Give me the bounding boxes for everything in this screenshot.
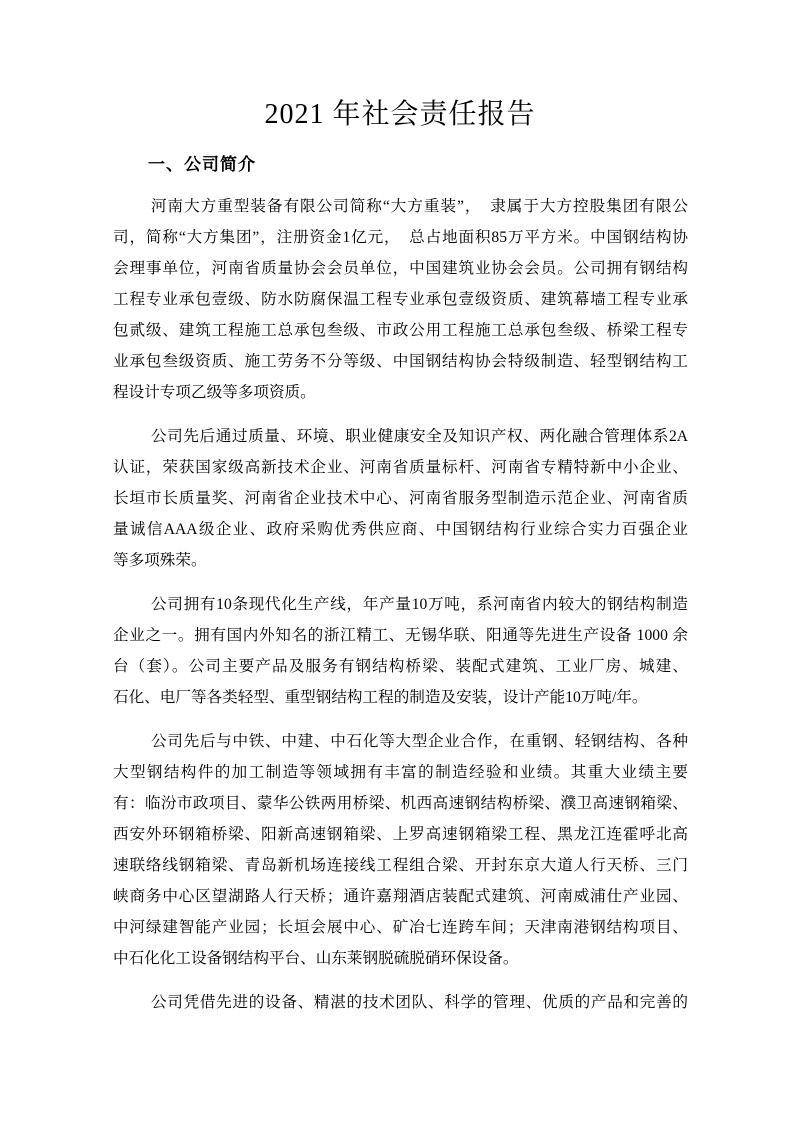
text-line: 有：临汾市政项目、蒙华公铁两用桥梁、机西高速钢结构桥梁、濮卫高速钢箱梁、 (113, 788, 688, 819)
text-line: 公司先后与中铁、中建、中石化等大型企业合作，在重钢、轻钢结构、各种 (113, 726, 688, 757)
text-line: 业承包叁级资质、施工劳务不分等级、中国钢结构协会特级制造、轻型钢结构工 (113, 346, 688, 377)
document-title: 2021 年社会责任报告 (0, 95, 800, 135)
section-heading: 一、公司简介 (148, 152, 256, 178)
text-line: 公司凭借先进的设备、精湛的技术团队、科学的管理、优质的产品和完善的 (113, 987, 688, 1018)
text-line: 中河绿建智能产业园；长垣会展中心、矿冶七连跨车间；天津南港钢结构项目、 (113, 912, 688, 943)
text-line: 河南大方重型装备有限公司简称“大方重装”， 隶属于大方控股集团有限公 (113, 191, 688, 222)
paragraph-production: 公司拥有10条现代化生产线，年产量10万吨，系河南省内较大的钢结构制造 企业之一… (113, 589, 688, 713)
text-line: 包贰级、建筑工程施工总承包叁级、市政公用工程施工总承包叁级、桥梁工程专 (113, 315, 688, 346)
text-line: 认证，荣获国家级高新技术企业、河南省质量标杆、河南省专精特新中小企业、 (113, 452, 688, 483)
text-line: 大型钢结构件的加工制造等领域拥有丰富的制造经验和业绩。其重大业绩主要 (113, 757, 688, 788)
text-line: 中石化化工设备钢结构平台、山东莱钢脱硫脱硝环保设备。 (113, 943, 688, 974)
text-line: 会理事单位，河南省质量协会会员单位，中国建筑业协会会员。公司拥有钢结构 (113, 253, 688, 284)
text-line: 台（套）。公司主要产品及服务有钢结构桥梁、装配式建筑、工业厂房、城建、 (113, 651, 688, 682)
document-page: 2021 年社会责任报告 一、公司简介 河南大方重型装备有限公司简称“大方重装”… (0, 0, 800, 1131)
document-body: 河南大方重型装备有限公司简称“大方重装”， 隶属于大方控股集团有限公 司，简称“… (113, 191, 688, 1031)
paragraph-company-intro: 河南大方重型装备有限公司简称“大方重装”， 隶属于大方控股集团有限公 司，简称“… (113, 191, 688, 408)
text-line: 司，简称“大方集团”，注册资金1亿元， 总占地面积85万平方米。中国钢结构协 (113, 222, 688, 253)
text-line: 量诚信AAA级企业、政府采购优秀供应商、中国钢结构行业综合实力百强企业 (113, 514, 688, 545)
text-line: 公司先后通过质量、环境、职业健康安全及知识产权、两化融合管理体系2A (113, 421, 688, 452)
text-line: 企业之一。拥有国内外知名的浙江精工、无锡华联、阳通等先进生产设备 1000 余 (113, 620, 688, 651)
text-line: 工程专业承包壹级、防水防腐保温工程专业承包壹级资质、建筑幕墙工程专业承 (113, 284, 688, 315)
paragraph-strengths: 公司凭借先进的设备、精湛的技术团队、科学的管理、优质的产品和完善的 (113, 987, 688, 1018)
text-line: 西安外环钢箱桥梁、阳新高速钢箱梁、上罗高速钢箱梁工程、黑龙江连霍呼北高 (113, 819, 688, 850)
text-line: 石化、电厂等各类轻型、重型钢结构工程的制造及安装，设计产能10万吨/年。 (113, 682, 688, 713)
text-line: 长垣市长质量奖、河南省企业技术中心、河南省服务型制造示范企业、河南省质 (113, 483, 688, 514)
paragraph-certifications: 公司先后通过质量、环境、职业健康安全及知识产权、两化融合管理体系2A 认证，荣获… (113, 421, 688, 576)
text-line: 峡商务中心区望湖路人行天桥；通许嘉翔酒店装配式建筑、河南威浦仕产业园、 (113, 881, 688, 912)
text-line: 程设计专项乙级等多项资质。 (113, 377, 688, 408)
text-line: 等多项殊荣。 (113, 545, 688, 576)
text-line: 公司拥有10条现代化生产线，年产量10万吨，系河南省内较大的钢结构制造 (113, 589, 688, 620)
text-line: 速联络线钢箱梁、青岛新机场连接线工程组合梁、开封东京大道人行天桥、三门 (113, 850, 688, 881)
paragraph-projects: 公司先后与中铁、中建、中石化等大型企业合作，在重钢、轻钢结构、各种 大型钢结构件… (113, 726, 688, 974)
